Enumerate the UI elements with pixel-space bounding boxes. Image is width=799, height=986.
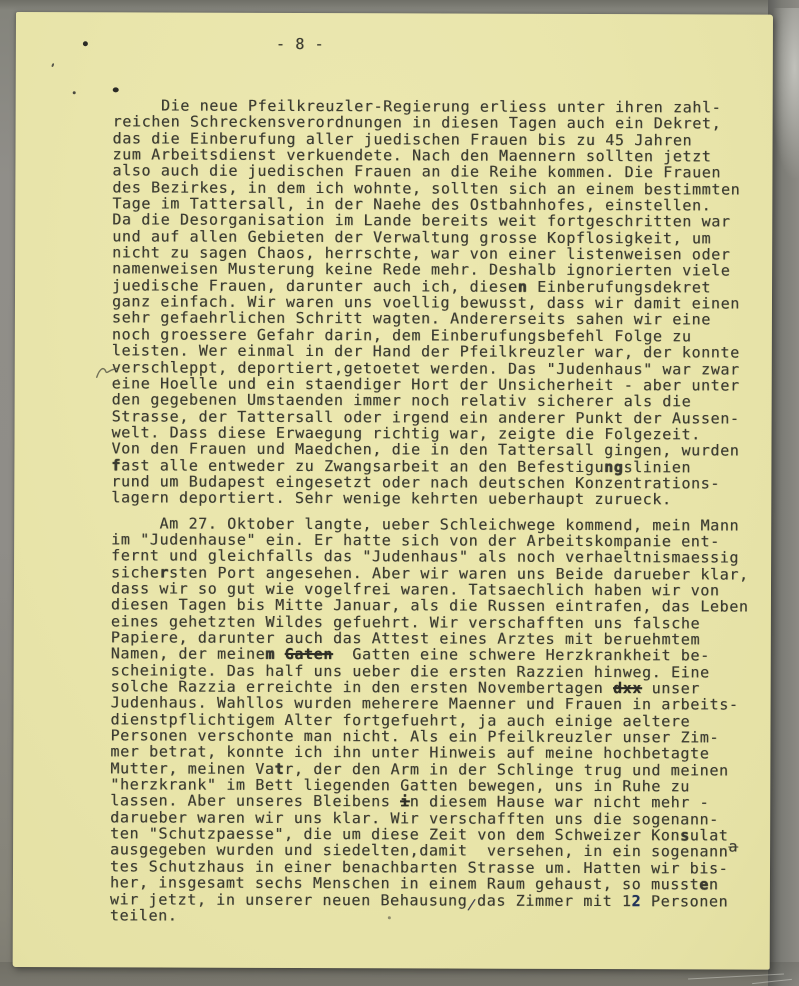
- pencil-squiggle-mark-icon: [94, 361, 124, 387]
- typed-text-segment: n: [709, 876, 719, 894]
- text-line: lagern deportiert. Sehr wenige kehrten u…: [111, 490, 749, 509]
- overstruck-text: r: [159, 563, 169, 581]
- typed-text-segment: das Zimmer mit 1: [477, 891, 632, 910]
- scanner-mat-highlight: [770, 8, 799, 178]
- typed-text-segment: [275, 645, 285, 663]
- overstruck-text: ng: [604, 458, 623, 476]
- typed-text: Die neue Pfeilkreuzler-Regierung erliess…: [110, 97, 751, 934]
- overstruck-text: e: [699, 876, 709, 894]
- typed-text-segment: teilen.: [110, 906, 178, 924]
- ink-spot: [83, 41, 88, 46]
- overstruck-text: 2: [632, 892, 642, 910]
- paragraph: Am 27. Oktober langte, ueber Schleichweg…: [110, 515, 749, 926]
- ink-speck: [51, 63, 54, 67]
- typed-text-segment: Personen: [641, 892, 728, 910]
- overstruck-text: s: [680, 826, 690, 844]
- scanned-document: - 8 - Die neue Pfeilkreuzler-Regierung e…: [0, 0, 799, 986]
- text-line: teilen.: [110, 907, 748, 926]
- overstruck-text: i: [400, 793, 410, 811]
- typed-text-segment: lagern deportiert. Sehr wenige kehrten u…: [111, 489, 671, 509]
- overstruck-text: f: [111, 456, 121, 474]
- ink-speck: [73, 91, 76, 94]
- typewritten-page: - 8 - Die neue Pfeilkreuzler-Regierung e…: [13, 12, 773, 970]
- overstruck-text: t: [275, 760, 285, 778]
- overstruck-text: m: [265, 645, 275, 663]
- paragraph: Die neue Pfeilkreuzler-Regierung erliess…: [111, 97, 750, 508]
- text-line: wir jetzt, in unserer neuen Behausung/da…: [110, 891, 748, 910]
- page-number: - 8 -: [276, 35, 324, 53]
- ink-speck: [388, 916, 391, 919]
- overstruck-text: a: [728, 839, 738, 855]
- ink-spot: [113, 87, 119, 92]
